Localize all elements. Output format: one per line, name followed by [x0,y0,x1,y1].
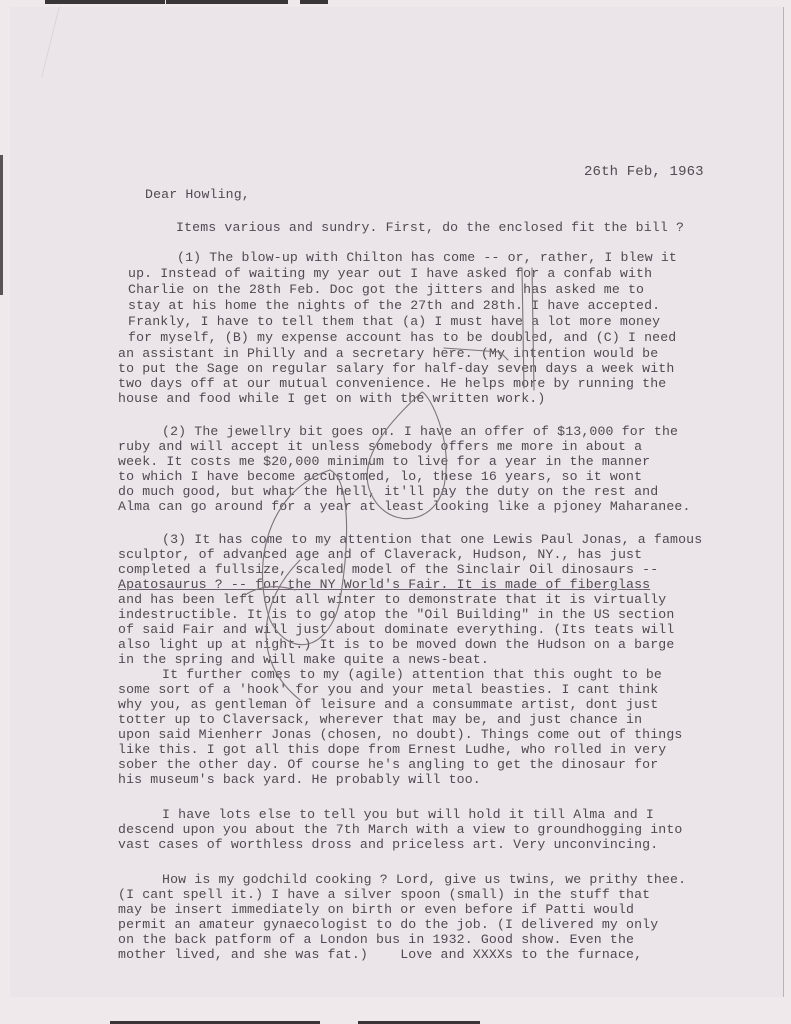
p3-line: indestructible. It is to go atop the "Oi… [118,607,674,622]
godchild-line: on the back patform of a London bus in 1… [118,932,634,947]
scan-edge-top-left [45,0,165,4]
letter-page: 26th Feb, 1963 Dear Howling, Items vario… [10,7,784,997]
p3-line: why you, as gentleman of leisure and a c… [118,697,658,712]
godchild-line: How is my godchild cooking ? Lord, give … [162,872,686,887]
p3-line: sculptor, of advanced age and of Clavera… [118,547,642,562]
p3-line: and has been left out all winter to demo… [118,592,666,607]
p1-line: stay at his home the nights of the 27th … [128,298,660,313]
p1-line: Charlie on the 28th Feb. Doc got the jit… [128,282,644,297]
closing-line: I have lots else to tell you but will ho… [162,807,654,822]
p3-line: (3) It has come to my attention that one… [162,532,702,547]
p3-line: like this. I got all this dope from Erne… [118,742,666,757]
p3-line: of said Fair and will just about dominat… [118,622,674,637]
p1-line: for myself, (B) my expense account has t… [128,330,676,345]
p3-line: his museum's back yard. He probably will… [118,772,481,787]
scan-edge-left [0,155,3,295]
p3-line: upon said Mienherr Jonas (chosen, no dou… [118,727,682,742]
godchild-line: (I cant spell it.) I have a silver spoon… [118,887,650,902]
p3-line: totter up to Claversack, wherever that m… [118,712,642,727]
p1-line: two days off at our mutual convenience. … [118,376,666,391]
p1-line: up. Instead of waiting my year out I hav… [128,266,652,281]
p2-line: week. It costs me $20,000 minimum to liv… [118,454,650,469]
p2-line: (2) The jewellry bit goes on. I have an … [162,424,678,439]
p1-line: (1) The blow-up with Chilton has come --… [177,250,677,265]
p3-line: also light up at night.) It is to be mov… [118,637,674,652]
p1-line: Frankly, I have to tell them that (a) I … [128,314,660,329]
p2-line: ruby and will accept it unless somebody … [118,439,642,454]
intro-line: Items various and sundry. First, do the … [176,220,684,235]
salutation: Dear Howling, [145,187,250,202]
closing-line: descend upon you about the 7th March wit… [118,822,682,837]
scan-edge-top-mid [166,0,288,4]
p3-line: some sort of a 'hook' for you and your m… [118,682,658,697]
p3-line: Apatosaurus ? -- for the NY World's Fair… [118,577,650,592]
letter-date: 26th Feb, 1963 [584,165,704,180]
p1-line: house and food while I get on with the w… [118,391,545,406]
p2-line: Alma can go around for a year at least l… [118,499,691,514]
p3-line: completed a fullsize, scaled model of th… [118,562,658,577]
p3-line: sober the other day. Of course he's angl… [118,757,658,772]
godchild-line: mother lived, and she was fat.) Love and… [118,947,642,962]
closing-line: vast cases of worthless dross and pricel… [118,837,658,852]
p3-line: in the spring and will make quite a news… [118,652,489,667]
p1-line: to put the Sage on regular salary for ha… [118,361,674,376]
godchild-line: permit an amateur gynaecologist to do th… [118,917,658,932]
p1-line: an assistant in Philly and a secretary h… [118,346,658,361]
p2-line: do much good, but what the hell, it'll p… [118,484,658,499]
p2-line: to which I have become accustomed, lo, t… [118,469,642,484]
godchild-line: may be insert immediately on birth or ev… [118,902,634,917]
p3-line: It further comes to my (agile) attention… [162,667,662,682]
scan-edge-top-right [300,0,328,4]
